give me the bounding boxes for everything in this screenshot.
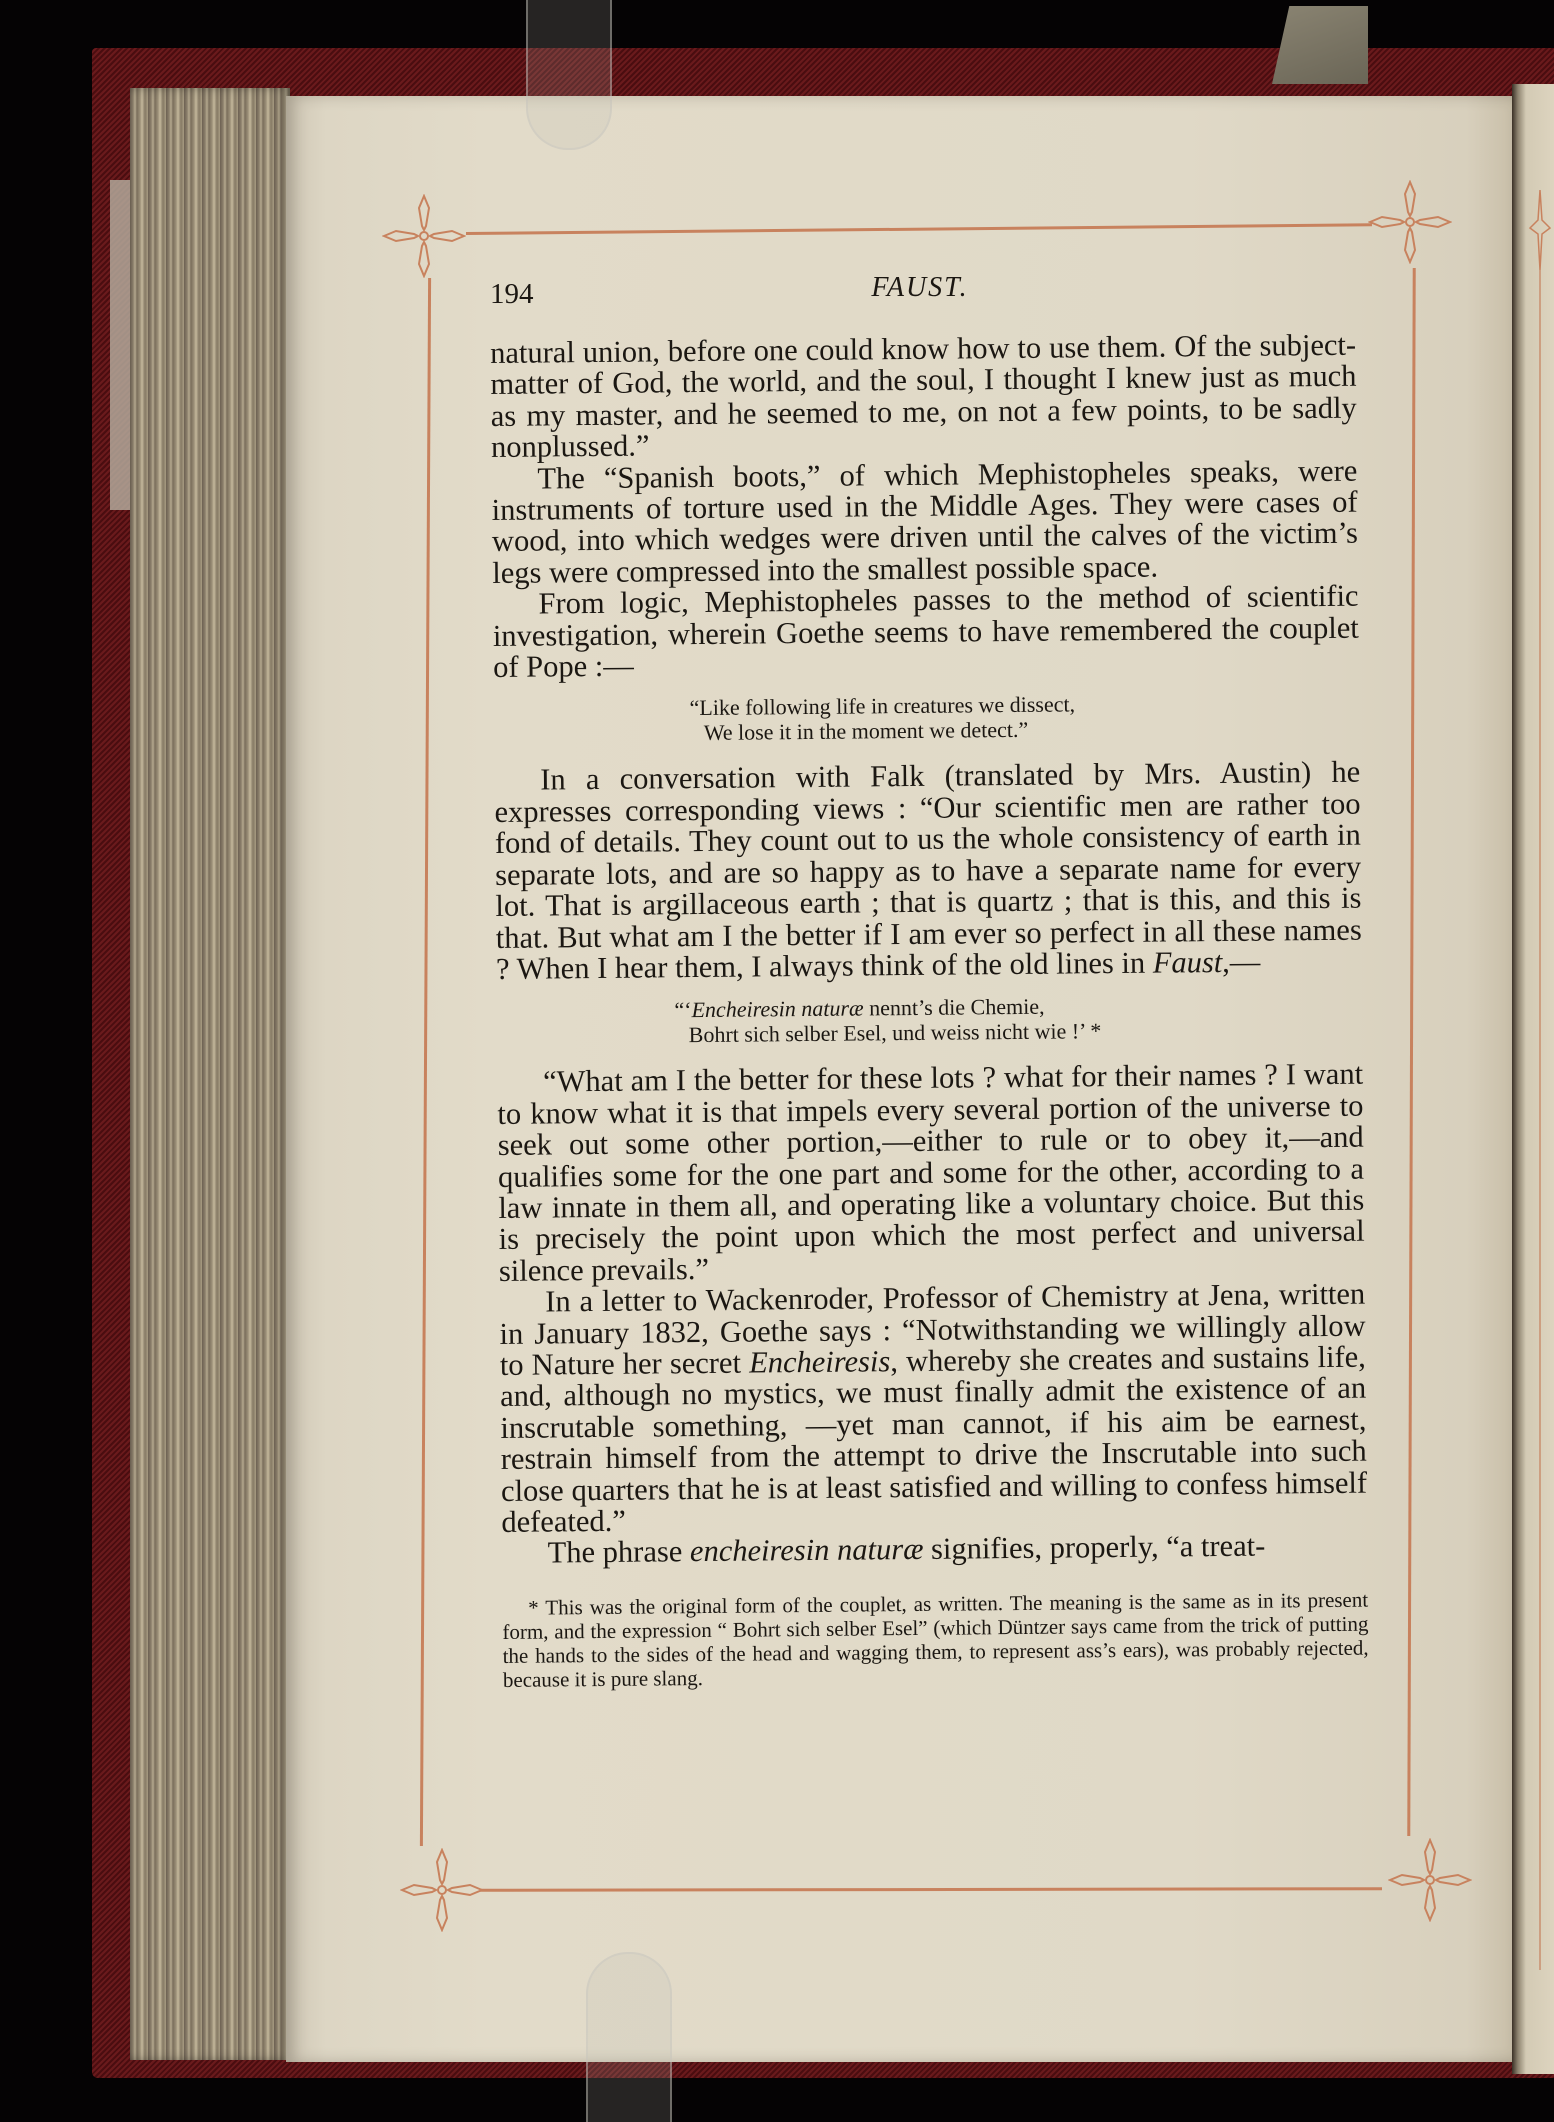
page-body: natural union, before one could know how… — [490, 330, 1369, 1692]
glass-page-clip-bottom — [586, 1952, 672, 2122]
paragraph: natural union, before one could know how… — [490, 330, 1357, 464]
running-head: 194 FAUST. — [490, 272, 1350, 312]
german-couplet-quote: “‘Encheiresin naturæ nennt’s die Chemie,… — [674, 991, 1362, 1048]
facing-page-cross-ornament-icon — [1528, 190, 1552, 270]
footnote-text: This was the original form of the couple… — [502, 1587, 1368, 1691]
facing-page-edge — [1512, 84, 1554, 2074]
glass-page-clip-top — [526, 0, 612, 150]
bookmark-ribbon — [1272, 6, 1368, 84]
italic-phrase: encheiresin naturæ — [690, 1532, 924, 1568]
verse-line: We lose it in the moment we detect.” — [690, 714, 1360, 745]
facing-page-border-rule — [1539, 270, 1541, 1970]
paragraph-text: The phrase — [548, 1535, 691, 1570]
quote-mark: “‘ — [674, 997, 691, 1022]
running-title: FAUST. — [490, 272, 1350, 304]
paragraph: In a conversation with Falk (translated … — [494, 757, 1362, 985]
corner-cross-ornament-icon — [1368, 180, 1452, 264]
verse-line: Bohrt sich selber Esel, und weiss nicht … — [675, 1016, 1363, 1048]
paragraph: The “Spanish boots,” of which Mephistoph… — [491, 455, 1358, 589]
italic-term: Encheiresis — [749, 1344, 890, 1379]
pope-couplet-quote: “Like following life in creatures we dis… — [689, 689, 1359, 745]
paragraph: The phrase encheiresin naturæ signifies,… — [502, 1530, 1368, 1570]
paragraph: “What am I the better for these lots ? w… — [497, 1059, 1365, 1287]
corner-cross-ornament-icon — [1388, 1838, 1472, 1922]
italic-title: Faust — [1153, 945, 1223, 980]
paragraph-text: ,— — [1222, 945, 1260, 979]
paragraph-text: signifies, properly, “a treat- — [923, 1529, 1265, 1566]
corner-cross-ornament-icon — [382, 194, 466, 278]
paragraph: In a letter to Wackenroder, Professor of… — [499, 1279, 1367, 1539]
corner-cross-ornament-icon — [400, 1848, 484, 1932]
verse-text: nennt’s die Chemie, — [864, 994, 1045, 1021]
footnote-marker: * — [528, 1595, 539, 1619]
italic-phrase: Encheiresin naturæ — [691, 996, 863, 1023]
footnote: * This was the original form of the coup… — [502, 1587, 1369, 1691]
paragraph: From logic, Mephistopheles passes to the… — [492, 581, 1359, 684]
page-edge-stack — [130, 88, 290, 2060]
